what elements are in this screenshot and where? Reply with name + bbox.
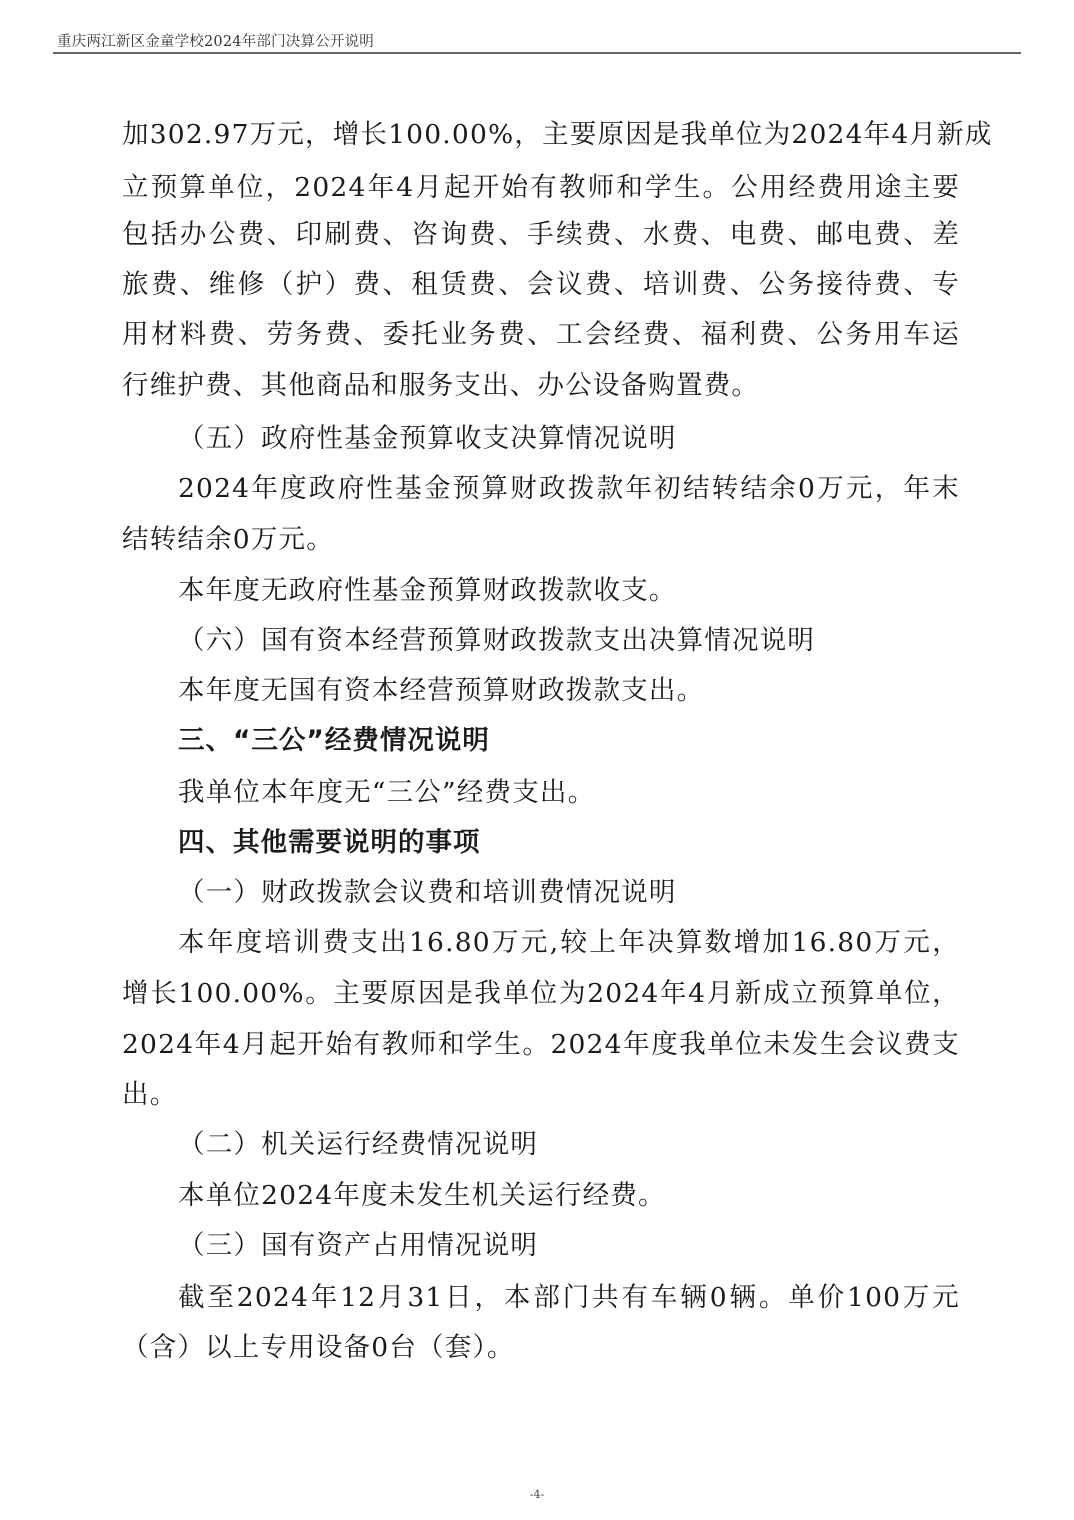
paragraph-line: 结转结余0万元。 [122, 523, 960, 557]
section-heading: （三）国有资产占用情况说明 [178, 1229, 1016, 1263]
paragraph-line: （含）以上专用设备0台（套）。 [122, 1331, 960, 1365]
page-number: -4- [0, 1488, 1074, 1501]
paragraph-line: 2024年4月起开始有教师和学生。2024年度我单位未发生会议费支 [122, 1028, 960, 1062]
paragraph-line: 用材料费、劳务费、委托业务费、工会经费、福利费、公务用车运 [122, 318, 960, 352]
paragraph-line: 2024年度政府性基金预算财政拨款年初结转结余0万元，年末 [178, 472, 960, 506]
paragraph-line: 增长100.00%。主要原因是我单位为2024年4月新成立预算单位， [122, 977, 960, 1011]
section-heading: （二）机关运行经费情况说明 [178, 1128, 1016, 1162]
part-heading: 四、其他需要说明的事项 [178, 826, 960, 860]
paragraph-line: 包括办公费、印刷费、咨询费、手续费、水费、电费、邮电费、差 [122, 218, 960, 252]
part-heading: 三、“三公”经费情况说明 [178, 724, 960, 758]
section-heading: （六）国有资本经营预算财政拨款支出决算情况说明 [178, 624, 1016, 658]
header-title: 重庆两江新区金童学校2024年部门决算公开说明 [57, 30, 374, 51]
paragraph-line: 立预算单位，2024年4月起开始有教师和学生。公用经费用途主要 [122, 171, 960, 205]
paragraph: 本年度无政府性基金预算财政拨款收支。 [178, 574, 960, 608]
paragraph-line: 出。 [122, 1078, 960, 1112]
paragraph-line: 加302.97万元，增长100.00%，主要原因是我单位为2024年4月新成 [122, 118, 960, 152]
paragraph-line: 本年度培训费支出16.80万元,较上年决算数增加16.80万元， [178, 926, 960, 960]
paragraph-line: 行维护费、其他商品和服务支出、办公设备购置费。 [122, 369, 960, 403]
section-heading: （一）财政拨款会议费和培训费情况说明 [178, 876, 1016, 910]
paragraph: 本年度无国有资本经营预算财政拨款支出。 [178, 674, 960, 708]
paragraph-line: 旅费、维修（护）费、租赁费、会议费、培训费、公务接待费、专 [122, 268, 960, 302]
paragraph: 我单位本年度无“三公”经费支出。 [178, 776, 960, 810]
section-heading: （五）政府性基金预算收支决算情况说明 [178, 422, 1016, 456]
paragraph-line: 截至2024年12月31日，本部门共有车辆0辆。单价100万元 [178, 1281, 960, 1315]
header-divider [53, 52, 1021, 54]
paragraph: 本单位2024年度未发生机关运行经费。 [178, 1179, 960, 1213]
